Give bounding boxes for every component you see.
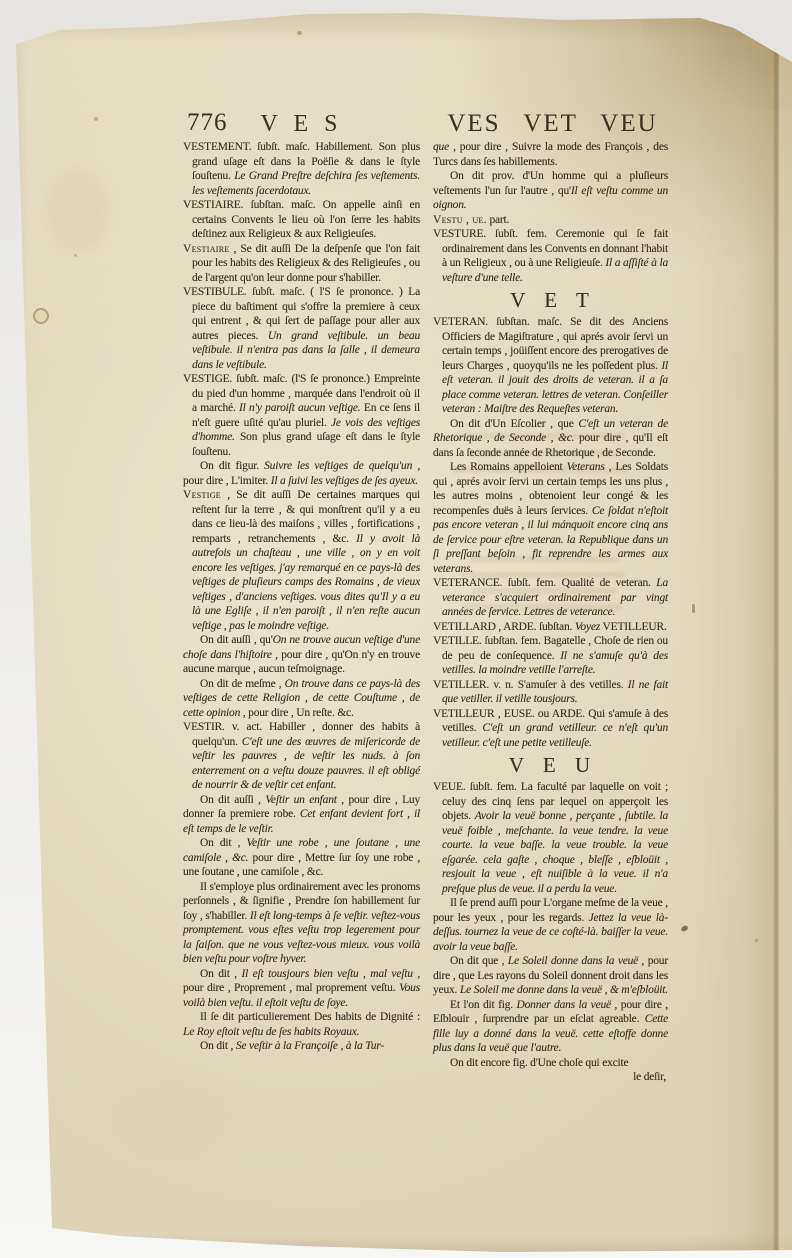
ink-mark bbox=[680, 925, 688, 932]
dictionary-entry: VESTEMENT. ſubſt. maſc. Habillement. Son… bbox=[183, 140, 420, 198]
section-heading: V E U bbox=[433, 750, 668, 780]
paragraph: Il s'employe plus ordinairement avec les… bbox=[183, 880, 420, 967]
page-edge-shading-left bbox=[0, 0, 28, 1258]
text-segment: Veterans bbox=[567, 461, 605, 473]
section-heading: V E T bbox=[433, 285, 668, 315]
text-segment: VETILLARD , ARDE. ſubſtan. bbox=[433, 621, 575, 633]
text-segment: On dit encore fig. d'Une choſe qui excit… bbox=[450, 1057, 628, 1069]
foxing-speck bbox=[74, 254, 77, 257]
text-segment: le deſir, bbox=[633, 1071, 666, 1083]
dictionary-entry: VEUE. ſubſt. fem. La faculté par laquell… bbox=[433, 780, 668, 896]
corner-fold-shading bbox=[642, 0, 792, 110]
text-segment: Les Romains appelloient bbox=[450, 461, 567, 473]
paragraph: Les Romains appelloient Veterans , Les S… bbox=[433, 460, 668, 576]
page-crease bbox=[774, 30, 778, 1258]
paragraph: On dit auſſi , Veſtir un enfant , pour d… bbox=[183, 793, 420, 837]
paragraph: Il ſe dit particulierement Des habits de… bbox=[183, 1010, 420, 1039]
foxing-speck bbox=[297, 31, 302, 35]
dictionary-entry: Vestige , Se dit auſſi De certaines marq… bbox=[183, 488, 420, 633]
paragraph: On dit auſſi , qu'On ne trouve aucun veſ… bbox=[183, 633, 420, 677]
dictionary-entry: VETILLEUR , EUSE. ou ARDE. Qui s'amuſe à… bbox=[433, 707, 668, 751]
dictionary-entry: VESTIGE. ſubſt. maſc. (l'S ſe prononce.)… bbox=[183, 372, 420, 459]
right-column: VES VET VEU que , pour dire , Suivre la … bbox=[433, 101, 668, 1085]
text-segment: VESTIAIRE. ſubſtan. maſc. On appelle ain… bbox=[183, 199, 420, 240]
text-segment: Il a ſuivi les veſtiges de ſes ayeux. bbox=[271, 475, 418, 487]
paragraph-continuation: que , pour dire , Suivre la mode des Fra… bbox=[433, 140, 668, 169]
text-segment: pour dire , Proprement , mal proprement … bbox=[183, 982, 399, 994]
catchword: le deſir, bbox=[433, 1070, 668, 1085]
paragraph: On dit d'Un Eſcolier , que C'eſt un vete… bbox=[433, 417, 668, 461]
text-segment: pour dire , L'imiter. bbox=[183, 475, 271, 487]
left-column: 776 V E S VESTEMENT. ſubſt. maſc. Habill… bbox=[183, 101, 420, 1054]
ink-mark bbox=[692, 604, 695, 613]
dictionary-entry: VESTIBULE. ſubſt. maſc. ( l'S ſe prononc… bbox=[183, 285, 420, 372]
dictionary-entry: VESTIR. v. act. Habiller , donner des ha… bbox=[183, 720, 420, 793]
text-segment: On dit auſſi , bbox=[200, 794, 265, 806]
text-segment: que bbox=[433, 141, 449, 153]
foxing-speck bbox=[94, 117, 98, 121]
text-segment: Il ſe dit particulierement Des habits de… bbox=[200, 1011, 420, 1023]
text-segment: , pour dire , Un reſte. &c. bbox=[240, 707, 354, 719]
running-title-right: VES VET VEU bbox=[437, 110, 668, 138]
text-segment: On dit de meſme , bbox=[200, 678, 285, 690]
paragraph: On dit , Veſtir une robe , une ſoutane ,… bbox=[183, 836, 420, 880]
right-column-text: que , pour dire , Suivre la mode des Fra… bbox=[433, 140, 668, 1085]
text-segment: Donner dans la veuë bbox=[517, 999, 611, 1011]
text-segment: VETILLER. v. n. S'amuſer à des vetilles. bbox=[433, 679, 628, 691]
text-segment: Le Soleil donne dans la veuë , bbox=[508, 955, 644, 967]
text-segment: Vestiaire bbox=[183, 243, 230, 255]
dictionary-entry: VESTIAIRE. ſubſtan. maſc. On appelle ain… bbox=[183, 198, 420, 242]
text-segment: part. bbox=[487, 214, 509, 226]
text-segment: Se veſtir à la Françoiſe , à la Tur- bbox=[236, 1040, 384, 1052]
page-edge-shading-bottom bbox=[0, 1234, 792, 1258]
text-segment: Et l'on dit fig. bbox=[450, 999, 517, 1011]
dictionary-entry: VESTURE. ſubſt. fem. Ceremonie qui ſe fa… bbox=[433, 227, 668, 285]
page-paper: 776 V E S VESTEMENT. ſubſt. maſc. Habill… bbox=[0, 0, 792, 1258]
dictionary-entry: VETILLER. v. n. S'amuſer à des vetilles.… bbox=[433, 678, 668, 707]
running-title-left: V E S bbox=[183, 111, 420, 138]
paragraph: On dit figur. Suivre les veſtiges de que… bbox=[183, 459, 420, 488]
paper-stain bbox=[120, 1080, 230, 1150]
text-segment: Suivre les veſtiges de quelqu'un , bbox=[264, 460, 420, 472]
text-segment: Vestu , ue. bbox=[433, 214, 487, 226]
text-segment: Vestige bbox=[183, 489, 221, 501]
paragraph: On dit prov. d'Un homme qui a pluſieurs … bbox=[433, 169, 668, 213]
text-segment: On dit , bbox=[200, 968, 241, 980]
paragraph: On dit encore fig. d'Une choſe qui excit… bbox=[433, 1056, 668, 1071]
text-segment: Veſtir un enfant bbox=[265, 794, 336, 806]
dictionary-entry: VETILLE. ſubſtan. fem. Bagatelle , Choſe… bbox=[433, 634, 668, 678]
wormhole-stain bbox=[33, 308, 49, 324]
book-page-scan: 776 V E S VESTEMENT. ſubſt. maſc. Habill… bbox=[0, 0, 792, 1258]
text-segment: Voyez bbox=[575, 621, 600, 633]
foxing-speck bbox=[755, 939, 758, 942]
dictionary-entry: Vestiaire , Se dit auſſi De la deſpenſe … bbox=[183, 242, 420, 286]
text-segment: Le Roy eſtoit veſtu de ſes habits Royaux… bbox=[183, 1026, 359, 1038]
text-segment: On dit auſſi , qu' bbox=[200, 634, 273, 646]
paragraph: Et l'on dit fig. Donner dans la veuë , p… bbox=[433, 998, 668, 1056]
text-segment: VETERAN. ſubſtan. maſc. Se dit des Ancie… bbox=[433, 316, 668, 372]
text-segment: V E U bbox=[509, 753, 592, 777]
left-column-text: VESTEMENT. ſubſt. maſc. Habillement. Son… bbox=[183, 140, 420, 1054]
text-segment: VETILLEUR. bbox=[600, 621, 667, 633]
paragraph: On dit que , Le Soleil donne dans la veu… bbox=[433, 954, 668, 998]
text-segment: Il eſt tousjours bien veſtu , mal veſtu … bbox=[241, 968, 420, 980]
paragraph: Il ſe prend auſſi pour L'organe meſme de… bbox=[433, 896, 668, 954]
text-segment: , pour dire , Suivre la mode des Françoi… bbox=[433, 141, 668, 168]
text-segment: V E T bbox=[510, 288, 591, 312]
text-segment: On dit d'Un Eſcolier , que bbox=[450, 418, 578, 430]
dictionary-entry: VETILLARD , ARDE. ſubſtan. Voyez VETILLE… bbox=[433, 620, 668, 635]
page-crease-highlight bbox=[779, 30, 792, 1258]
right-column-header: VES VET VEU bbox=[433, 101, 668, 140]
paper-stain bbox=[48, 170, 108, 250]
text-segment: On dit , bbox=[200, 837, 247, 849]
paragraph: On dit de meſme , On trouve dans ce pays… bbox=[183, 677, 420, 721]
text-segment: Avoir la veuë bonne , perçante , ſubtile… bbox=[442, 810, 668, 895]
text-segment: Il y avoit là autrefois un chaſteau , un… bbox=[192, 533, 420, 632]
text-segment: On dit , bbox=[200, 1040, 236, 1052]
paragraph: On dit , Se veſtir à la Françoiſe , à la… bbox=[183, 1039, 420, 1054]
text-segment: Il n'y paroiſt aucun veſtige. bbox=[239, 402, 360, 414]
dictionary-entry: VETERAN. ſubſtan. maſc. Se dit des Ancie… bbox=[433, 315, 668, 417]
paragraph: On dit , Il eſt tousjours bien veſtu , m… bbox=[183, 967, 420, 1011]
text-segment: VETERANCE. ſubſt. fem. Qualité de vetera… bbox=[433, 577, 656, 589]
dictionary-entry: VETERANCE. ſubſt. fem. Qualité de vetera… bbox=[433, 576, 668, 620]
dictionary-entry: Vestu , ue. part. bbox=[433, 213, 668, 228]
text-segment: On dit figur. bbox=[200, 460, 264, 472]
left-column-header: 776 V E S bbox=[183, 101, 420, 140]
text-segment: Le Soleil me donne dans la veuë , & m'eſ… bbox=[460, 984, 668, 996]
text-segment: On dit que , bbox=[450, 955, 508, 967]
